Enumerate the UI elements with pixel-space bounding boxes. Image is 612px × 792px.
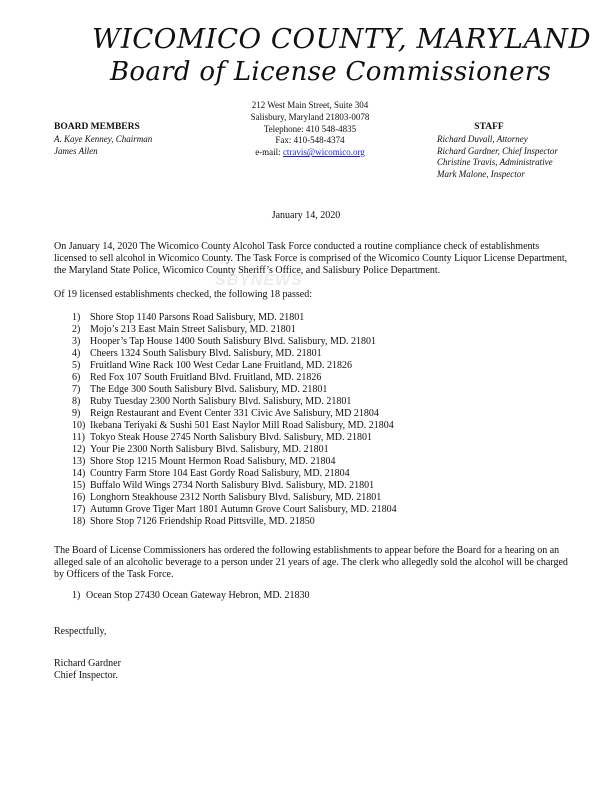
passed-summary: Of 19 licensed establishments checked, t… [54,289,574,301]
list-item-text: Shore Stop 1215 Mount Hermon Road Salisb… [90,456,335,468]
list-item: 12)Your Pie 2300 North Salisbury Blvd. S… [72,444,397,456]
list-item: 1)Ocean Stop 27430 Ocean Gateway Hebron,… [72,590,310,602]
list-item: 5)Fruitland Wine Rack 100 West Cedar Lan… [72,360,397,372]
list-item-text: Red Fox 107 South Fruitland Blvd. Fruitl… [90,372,321,384]
list-item-number: 1) [72,590,86,602]
board-members-heading: BOARD MEMBERS [54,122,152,134]
list-item-number: 13) [72,456,90,468]
staff-member: Mark Malone, Inspector [437,169,558,181]
list-item-number: 3) [72,336,90,348]
signature-title: Chief Inspector. [54,670,121,682]
list-item: 6)Red Fox 107 South Fruitland Blvd. Frui… [72,372,397,384]
list-item-number: 12) [72,444,90,456]
list-item-text: Shore Stop 1140 Parsons Road Salisbury, … [90,312,304,324]
list-item-text: Fruitland Wine Rack 100 West Cedar Lane … [90,360,352,372]
list-item-number: 11) [72,432,90,444]
address-telephone: Telephone: 410 548-4835 [220,124,400,136]
staff-member: Richard Gardner, Chief Inspector [437,146,558,158]
staff-heading: STAFF [439,122,539,134]
staff-member: Richard Duvall, Attorney [437,134,558,146]
list-item: 18)Shore Stop 7126 Friendship Road Pitts… [72,516,397,528]
list-item: 11)Tokyo Steak House 2745 North Salisbur… [72,432,397,444]
list-item-text: Cheers 1324 South Salisbury Blvd. Salisb… [90,348,322,360]
letterhead-board-title: Board of License Commissioners [110,56,551,88]
list-item: 17)Autumn Grove Tiger Mart 1801 Autumn G… [72,504,397,516]
list-item-text: Reign Restaurant and Event Center 331 Ci… [90,408,379,420]
watermark: SBYNEWS [215,272,303,290]
list-item-number: 18) [72,516,90,528]
intro-paragraph: On January 14, 2020 The Wicomico County … [54,241,574,277]
list-item-text: Ocean Stop 27430 Ocean Gateway Hebron, M… [86,590,310,602]
list-item-number: 17) [72,504,90,516]
address-street: 212 West Main Street, Suite 304 [220,100,400,112]
list-item-text: Tokyo Steak House 2745 North Salisbury B… [90,432,372,444]
list-item-text: Ikebana Teriyaki & Sushi 501 East Naylor… [90,420,394,432]
list-item-number: 5) [72,360,90,372]
list-item-text: Mojo’s 213 East Main Street Salisbury, M… [90,324,296,336]
list-item-text: Your Pie 2300 North Salisbury Blvd. Sali… [90,444,329,456]
list-item-text: Buffalo Wild Wings 2734 North Salisbury … [90,480,374,492]
email-label: e-mail: [255,147,283,157]
list-item-number: 14) [72,468,90,480]
list-item: 15)Buffalo Wild Wings 2734 North Salisbu… [72,480,397,492]
list-item: 16)Longhorn Steakhouse 2312 North Salisb… [72,492,397,504]
list-item: 13)Shore Stop 1215 Mount Hermon Road Sal… [72,456,397,468]
staff-block: STAFF Richard Duvall, Attorney Richard G… [437,122,558,181]
list-item-number: 7) [72,384,90,396]
email-link[interactable]: ctravis@wicomico.org [283,147,365,157]
board-members-block: BOARD MEMBERS A. Kaye Kenney, Chairman J… [54,122,152,157]
list-item-text: Country Farm Store 104 East Gordy Road S… [90,468,350,480]
address-email-row: e-mail: ctravis@wicomico.org [220,147,400,159]
passed-establishments-list: 1)Shore Stop 1140 Parsons Road Salisbury… [72,312,397,528]
letterhead-county-title: WICOMICO COUNTY, MARYLAND [92,24,571,56]
list-item-text: Ruby Tuesday 2300 North Salisbury Blvd. … [90,396,351,408]
list-item: 2)Mojo’s 213 East Main Street Salisbury,… [72,324,397,336]
list-item: 1)Shore Stop 1140 Parsons Road Salisbury… [72,312,397,324]
address-city: Salisbury, Maryland 21803-0078 [220,112,400,124]
address-block: 212 West Main Street, Suite 304 Salisbur… [220,100,400,159]
list-item-number: 10) [72,420,90,432]
failed-establishments-list: 1)Ocean Stop 27430 Ocean Gateway Hebron,… [72,590,310,602]
board-member: A. Kaye Kenney, Chairman [54,134,152,146]
list-item: 8)Ruby Tuesday 2300 North Salisbury Blvd… [72,396,397,408]
list-item-text: Autumn Grove Tiger Mart 1801 Autumn Grov… [90,504,397,516]
list-item: 14)Country Farm Store 104 East Gordy Roa… [72,468,397,480]
staff-member: Christine Travis, Administrative [437,157,558,169]
letter-date: January 14, 2020 [0,210,612,222]
hearing-paragraph: The Board of License Commissioners has o… [54,545,574,581]
list-item-number: 8) [72,396,90,408]
list-item-number: 6) [72,372,90,384]
address-fax: Fax: 410-548-4374 [220,135,400,147]
list-item-text: Hooper’s Tap House 1400 South Salisbury … [90,336,376,348]
signature-block: Richard Gardner Chief Inspector. [54,658,121,682]
list-item: 7)The Edge 300 South Salisbury Blvd. Sal… [72,384,397,396]
list-item: 3)Hooper’s Tap House 1400 South Salisbur… [72,336,397,348]
list-item-text: The Edge 300 South Salisbury Blvd. Salis… [90,384,327,396]
closing: Respectfully, [54,626,106,638]
list-item-number: 2) [72,324,90,336]
board-member: James Allen [54,146,152,158]
list-item-text: Longhorn Steakhouse 2312 North Salisbury… [90,492,381,504]
signature-name: Richard Gardner [54,658,121,670]
list-item-number: 15) [72,480,90,492]
list-item-number: 16) [72,492,90,504]
list-item-number: 1) [72,312,90,324]
list-item: 4)Cheers 1324 South Salisbury Blvd. Sali… [72,348,397,360]
list-item-text: Shore Stop 7126 Friendship Road Pittsvil… [90,516,315,528]
list-item: 9)Reign Restaurant and Event Center 331 … [72,408,397,420]
list-item-number: 4) [72,348,90,360]
list-item-number: 9) [72,408,90,420]
list-item: 10)Ikebana Teriyaki & Sushi 501 East Nay… [72,420,397,432]
